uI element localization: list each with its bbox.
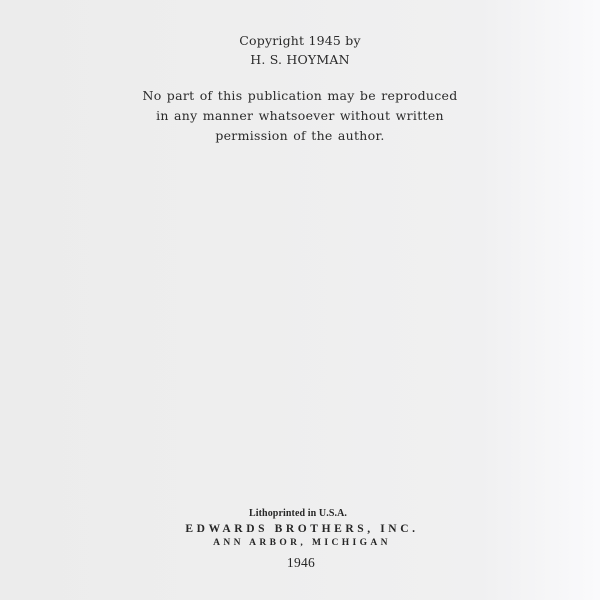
notice-line: in any manner whatsoever without written: [0, 106, 600, 126]
publication-year: 1946: [1, 552, 600, 574]
printer-imprint: Lithoprinted in U.S.A. EDWARDS BROTHERS,…: [0, 507, 600, 574]
copyright-year-line: Copyright 1945 by: [0, 31, 600, 50]
reproduction-notice: No part of this publication may be repro…: [0, 86, 600, 146]
copyright-holder: H. S. HOYMAN: [0, 50, 600, 69]
copyright-page: Copyright 1945 by H. S. HOYMAN No part o…: [0, 0, 600, 600]
printed-in-label: Lithoprinted in U.S.A.: [0, 507, 598, 521]
copyright-statement: Copyright 1945 by H. S. HOYMAN: [0, 31, 600, 69]
notice-line: No part of this publication may be repro…: [0, 86, 600, 106]
printer-name: EDWARDS BROTHERS, INC.: [2, 521, 600, 537]
notice-line: permission of the author.: [0, 126, 600, 146]
printer-location: ANN ARBOR, MICHIGAN: [2, 537, 600, 550]
